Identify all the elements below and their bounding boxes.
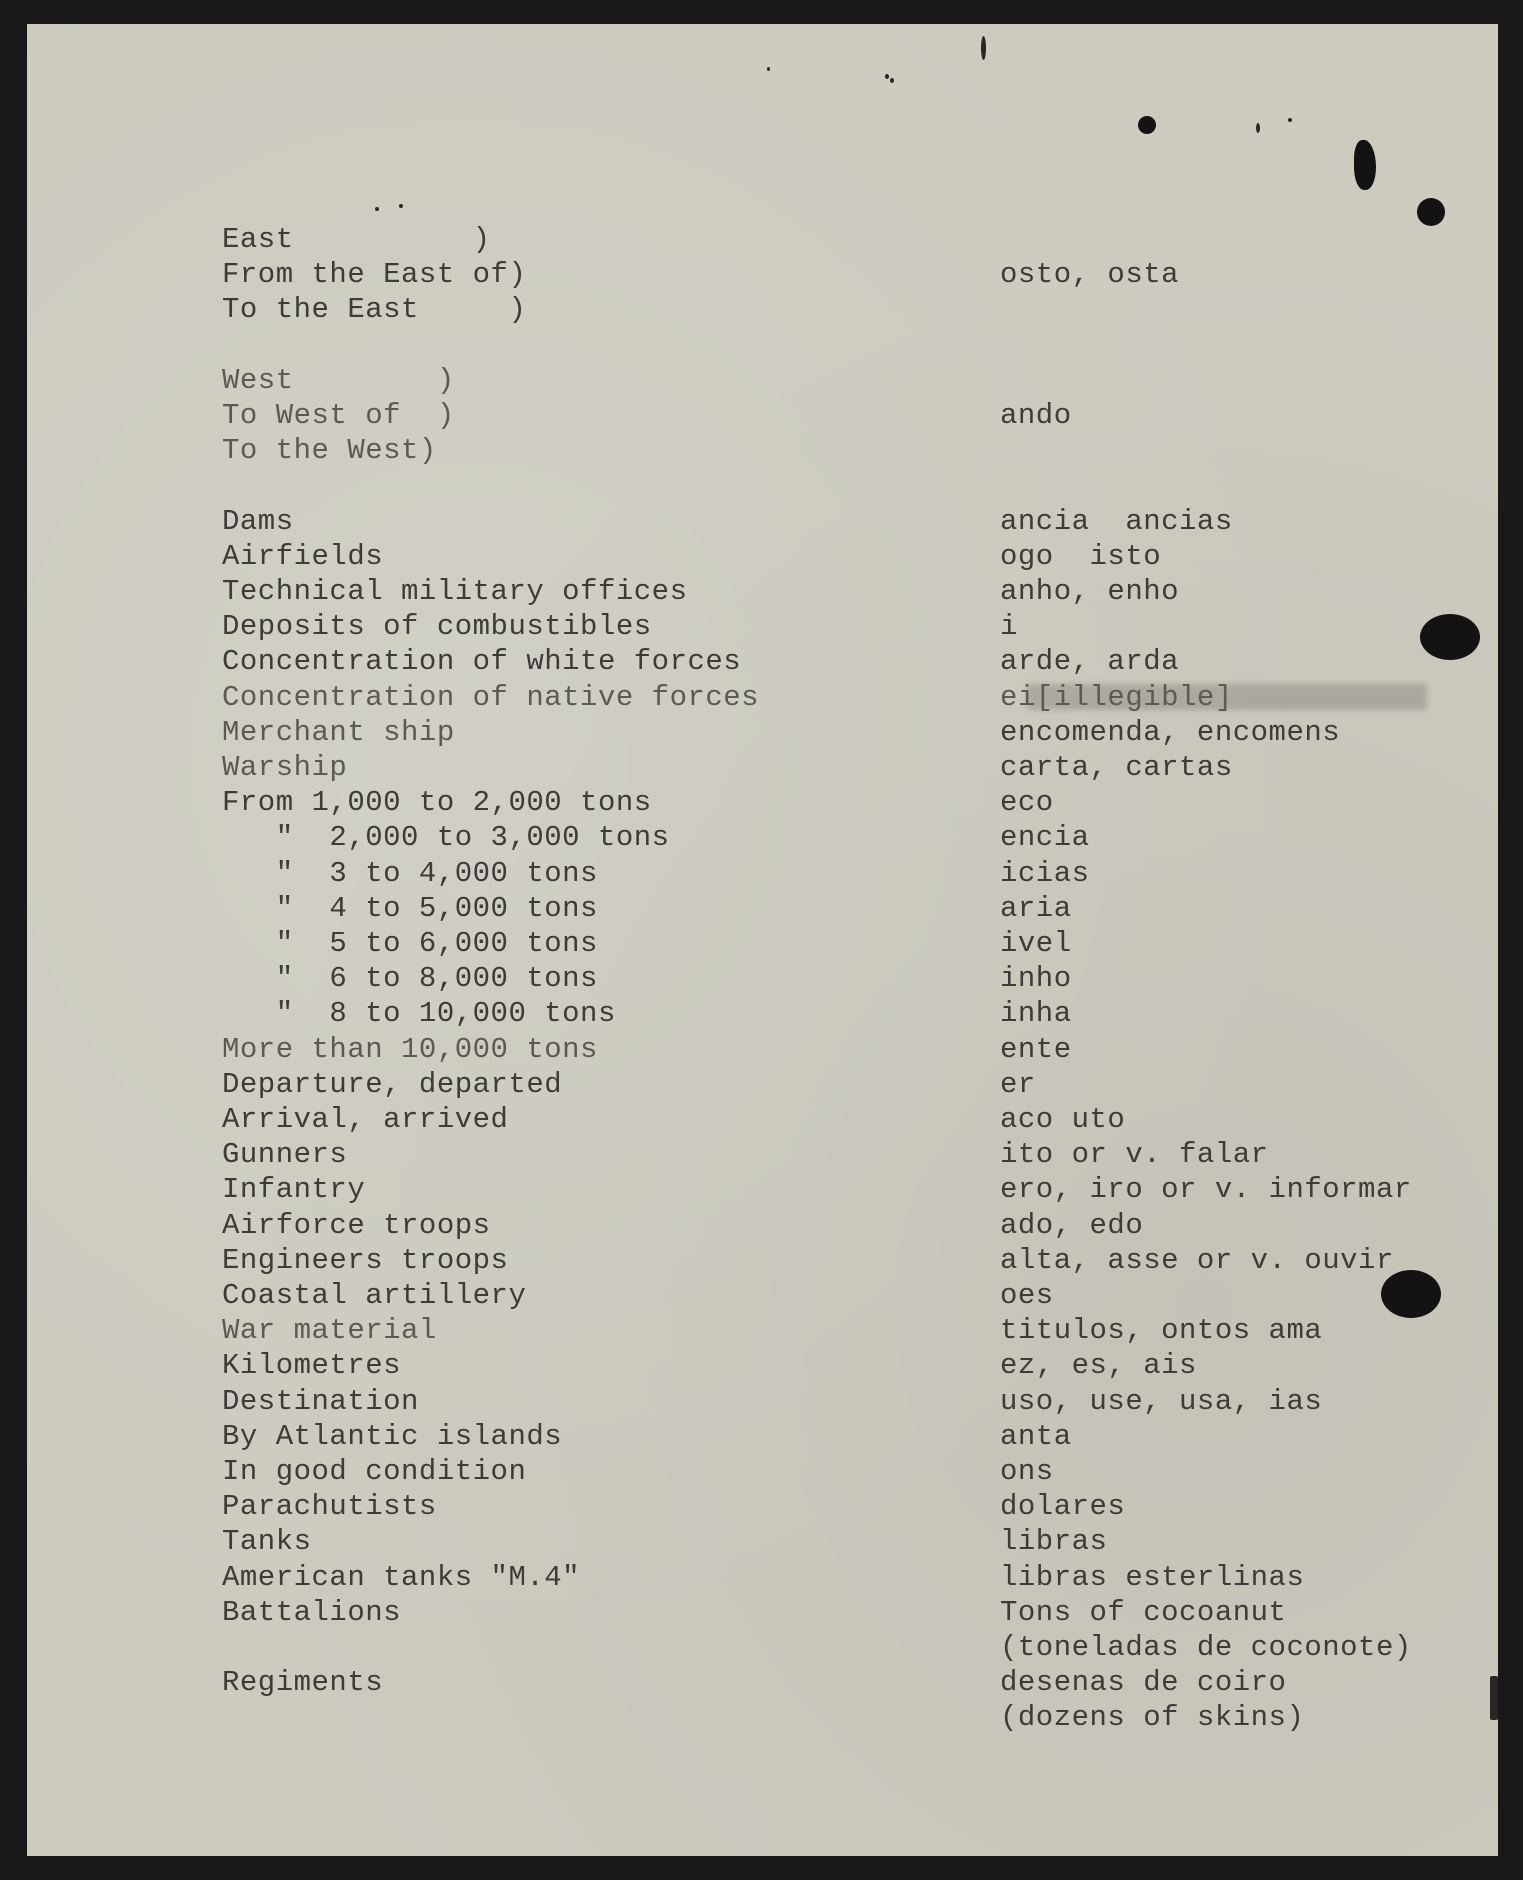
english-term: Deposits of combustibles <box>222 609 652 644</box>
english-term: " 4 to 5,000 tons <box>222 891 598 926</box>
english-term: War material <box>222 1313 437 1348</box>
code-word: (toneladas de coconote) <box>1000 1630 1412 1665</box>
code-word: ez, es, ais <box>1000 1348 1197 1383</box>
punch-hole <box>1354 140 1376 190</box>
code-word: i <box>1000 609 1018 644</box>
code-word: titulos, ontos ama <box>1000 1313 1322 1348</box>
speck <box>1256 123 1260 133</box>
english-term: American tanks "M.4" <box>222 1560 580 1595</box>
english-term: To West of ) <box>222 398 455 433</box>
code-word: inha <box>1000 996 1072 1031</box>
punch-hole <box>1138 116 1156 134</box>
code-word: inho <box>1000 961 1072 996</box>
english-term: East ) <box>222 222 491 257</box>
code-word: arde, arda <box>1000 644 1179 679</box>
english-term: Departure, departed <box>222 1067 562 1102</box>
english-term: Warship <box>222 750 347 785</box>
code-word: (dozens of skins) <box>1000 1700 1304 1735</box>
english-term: Engineers troops <box>222 1243 508 1278</box>
code-word: oes <box>1000 1278 1054 1313</box>
english-term: Gunners <box>222 1137 347 1172</box>
code-word: anho, enho <box>1000 574 1179 609</box>
english-term: West ) <box>222 363 455 398</box>
code-word: ero, iro or v. informar <box>1000 1172 1412 1207</box>
english-term: Destination <box>222 1384 419 1419</box>
code-word: icias <box>1000 856 1090 891</box>
code-word: alta, asse or v. ouvir <box>1000 1243 1394 1278</box>
code-word: anta <box>1000 1419 1072 1454</box>
english-term: Concentration of native forces <box>222 680 759 715</box>
code-word: Tons of cocoanut <box>1000 1595 1286 1630</box>
english-term: Kilometres <box>222 1348 401 1383</box>
english-term: Battalions <box>222 1595 401 1630</box>
speck <box>885 74 889 79</box>
speck <box>375 207 379 211</box>
english-term: Technical military offices <box>222 574 687 609</box>
code-word: carta, cartas <box>1000 750 1233 785</box>
english-term: Regiments <box>222 1665 383 1700</box>
code-word: ente <box>1000 1032 1072 1067</box>
code-word: ons <box>1000 1454 1054 1489</box>
english-term: Airforce troops <box>222 1208 491 1243</box>
speck <box>890 78 894 83</box>
english-term: " 6 to 8,000 tons <box>222 961 598 996</box>
english-term: Parachutists <box>222 1489 437 1524</box>
code-word: libras <box>1000 1524 1107 1559</box>
speck <box>1490 1676 1498 1720</box>
english-term: Merchant ship <box>222 715 455 750</box>
code-word: desenas de coiro <box>1000 1665 1286 1700</box>
english-term: To the West) <box>222 433 437 468</box>
code-word: eco <box>1000 785 1054 820</box>
english-term: To the East ) <box>222 292 526 327</box>
english-term: More than 10,000 tons <box>222 1032 598 1067</box>
code-word: ei[illegible] <box>1000 680 1233 715</box>
code-word: ando <box>1000 398 1072 433</box>
code-word: encia <box>1000 820 1090 855</box>
code-word: ogo isto <box>1000 539 1161 574</box>
code-word: libras esterlinas <box>1000 1560 1304 1595</box>
english-term: Coastal artillery <box>222 1278 526 1313</box>
english-term: In good condition <box>222 1454 526 1489</box>
english-term: From the East of) <box>222 257 526 292</box>
speck <box>399 204 403 208</box>
english-term: Concentration of white forces <box>222 644 741 679</box>
code-word: aria <box>1000 891 1072 926</box>
punch-hole <box>1420 614 1480 660</box>
english-term: Tanks <box>222 1524 312 1559</box>
english-term: By Atlantic islands <box>222 1419 562 1454</box>
english-term: Arrival, arrived <box>222 1102 508 1137</box>
english-term: " 5 to 6,000 tons <box>222 926 598 961</box>
code-word: uso, use, usa, ias <box>1000 1384 1322 1419</box>
code-word: ado, edo <box>1000 1208 1143 1243</box>
code-word: osto, osta <box>1000 257 1179 292</box>
english-term: From 1,000 to 2,000 tons <box>222 785 652 820</box>
english-term: " 8 to 10,000 tons <box>222 996 616 1031</box>
speck <box>767 67 770 71</box>
english-term: Airfields <box>222 539 383 574</box>
english-term: " 3 to 4,000 tons <box>222 856 598 891</box>
english-term: " 2,000 to 3,000 tons <box>222 820 670 855</box>
code-word: ancia ancias <box>1000 504 1233 539</box>
english-term: Infantry <box>222 1172 365 1207</box>
english-term: Dams <box>222 504 294 539</box>
code-word: er <box>1000 1067 1036 1102</box>
code-word: ito or v. falar <box>1000 1137 1269 1172</box>
code-word: dolares <box>1000 1489 1125 1524</box>
speck <box>981 36 986 60</box>
code-word: aco uto <box>1000 1102 1125 1137</box>
code-word: ivel <box>1000 926 1072 961</box>
code-word: encomenda, encomens <box>1000 715 1340 750</box>
punch-hole <box>1417 198 1445 226</box>
speck <box>1288 118 1292 122</box>
